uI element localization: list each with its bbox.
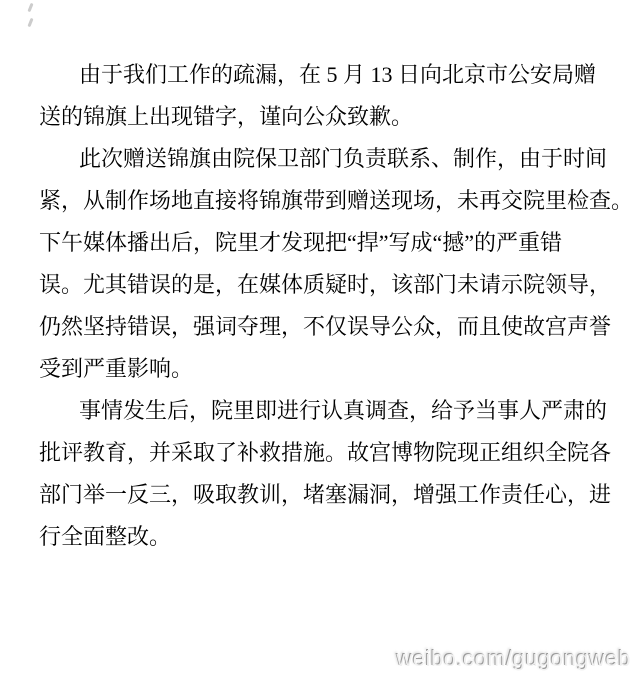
paragraph: 此次赠送锦旗由院保卫部门负责联系、制作，由于时间紧，从制作场地直接将锦旗带到赠送… bbox=[39, 138, 631, 390]
text-line: 由于我们工作的疏漏，在 5 月 13 日向北京市公安局赠 bbox=[39, 54, 631, 96]
weibo-watermark: weibo.com/gugongweb bbox=[396, 646, 631, 672]
text-line: 事情发生后，院里即进行认真调查，给予当事人严肃的 bbox=[39, 390, 631, 432]
text-line: 误。尤其错误的是，在媒体质疑时，该部门未请示院领导， bbox=[39, 264, 631, 306]
text-line: 批评教育，并采取了补救措施。故宫博物院现正组织全院各 bbox=[39, 432, 631, 474]
corner-artifact-mark bbox=[27, 3, 33, 12]
text-line: 受到严重影响。 bbox=[39, 348, 631, 390]
text-line: 紧，从制作场地直接将锦旗带到赠送现场，未再交院里检查。 bbox=[39, 180, 631, 222]
text-line: 此次赠送锦旗由院保卫部门负责联系、制作，由于时间 bbox=[39, 138, 631, 180]
statement-image: 由于我们工作的疏漏，在 5 月 13 日向北京市公安局赠送的锦旗上出现错字，谨向… bbox=[0, 0, 637, 674]
text-line: 送的锦旗上出现错字，谨向公众致歉。 bbox=[39, 96, 631, 138]
paragraph: 事情发生后，院里即进行认真调查，给予当事人严肃的批评教育，并采取了补救措施。故宫… bbox=[39, 390, 631, 558]
paragraph: 由于我们工作的疏漏，在 5 月 13 日向北京市公安局赠送的锦旗上出现错字，谨向… bbox=[39, 54, 631, 138]
text-line: 下午媒体播出后，院里才发现把“捍”写成“撼”的严重错 bbox=[39, 222, 631, 264]
text-line: 行全面整改。 bbox=[39, 516, 631, 558]
text-line: 部门举一反三，吸取教训，堵塞漏洞，增强工作责任心，进 bbox=[39, 474, 631, 516]
text-line: 仍然坚持错误，强词夺理，不仅误导公众，而且使故宫声誉 bbox=[39, 306, 631, 348]
corner-artifact-mark bbox=[27, 18, 33, 27]
statement-text: 由于我们工作的疏漏，在 5 月 13 日向北京市公安局赠送的锦旗上出现错字，谨向… bbox=[39, 54, 631, 558]
